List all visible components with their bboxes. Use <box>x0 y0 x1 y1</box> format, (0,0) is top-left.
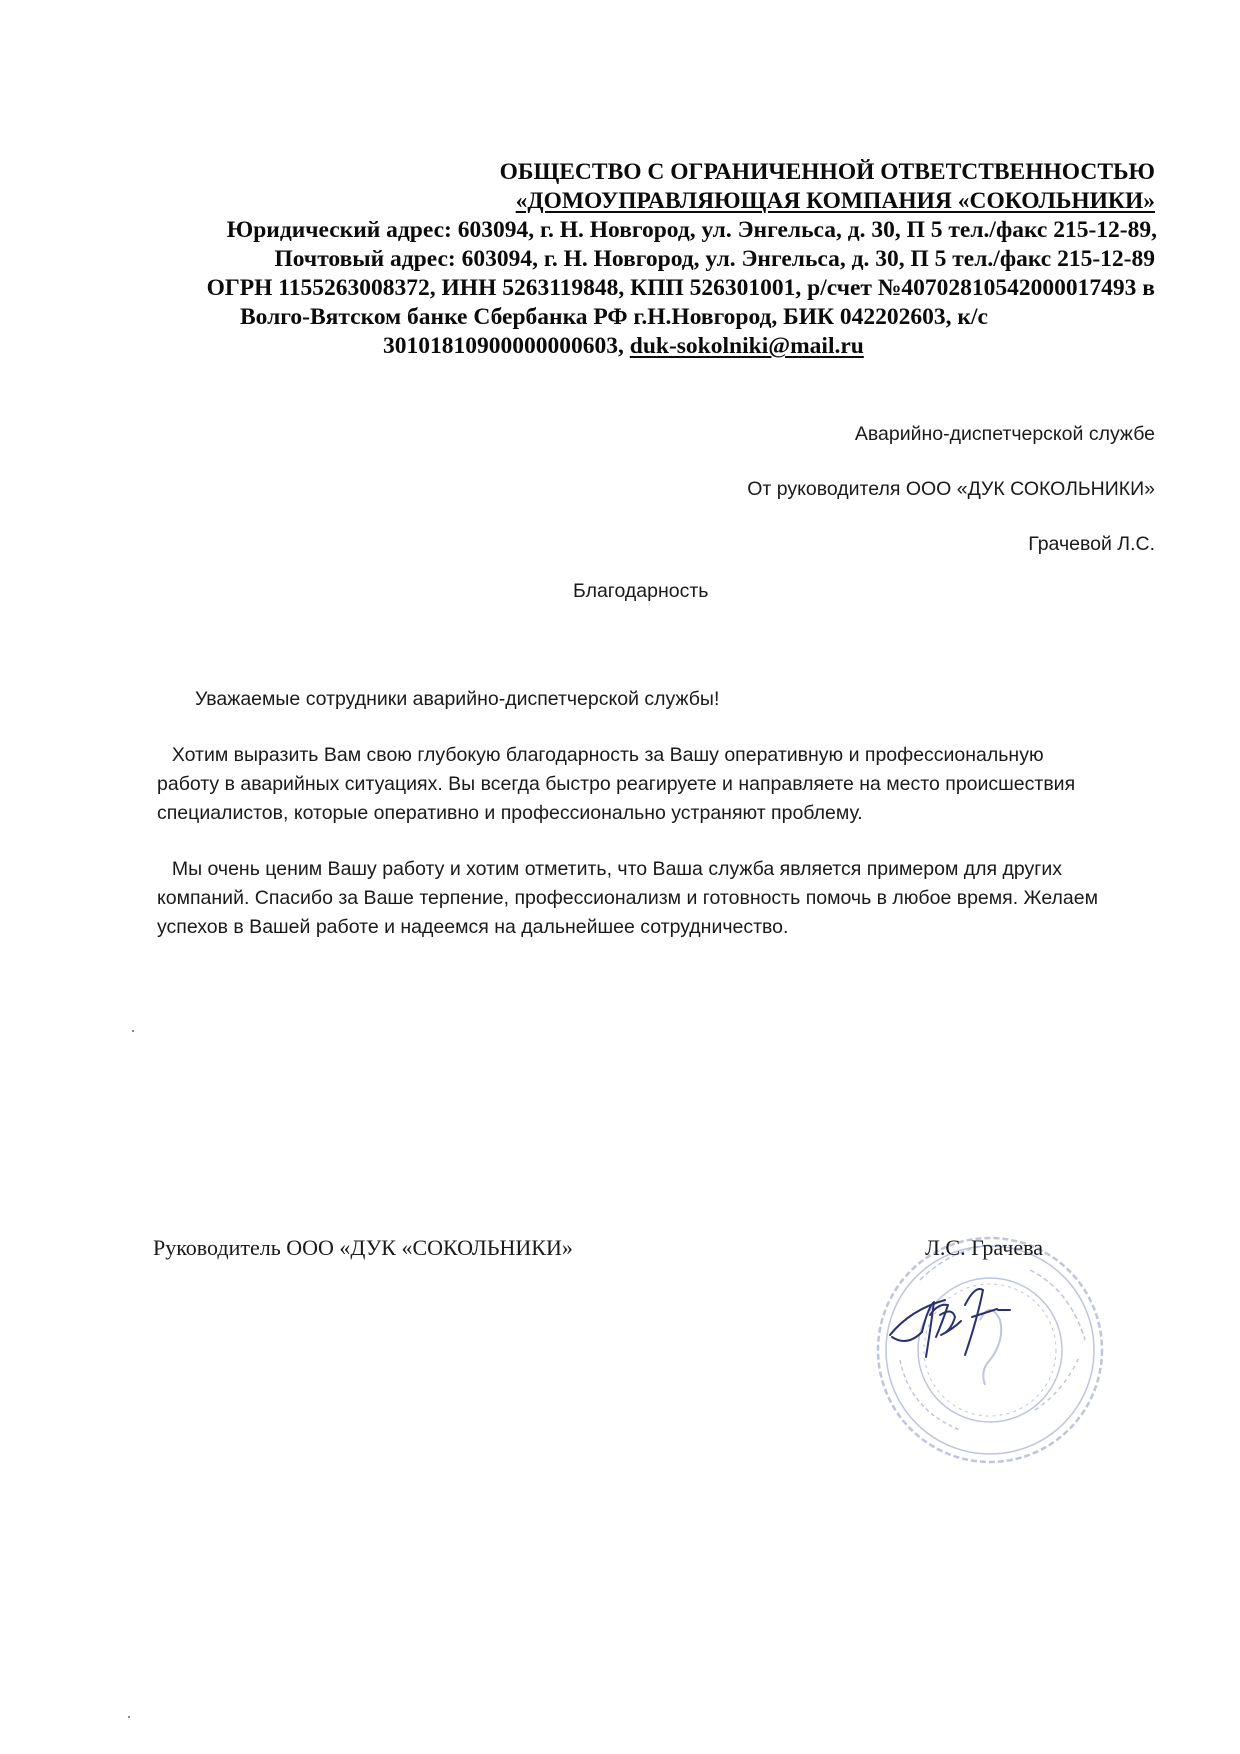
paragraph-2-line: успехов в Вашей работе и надеемся на дал… <box>157 913 1157 942</box>
addressee-to: Аварийно-диспетчерской службе <box>747 422 1155 446</box>
email-link[interactable]: duk-sokolniki@mail.ru <box>630 333 864 359</box>
paragraph-1-line: Хотим выразить Вам свою глубокую благода… <box>157 741 1157 770</box>
correspondent-account: 30101810900000000603, <box>383 333 624 359</box>
letter-page: ОБЩЕСТВО С ОГРАНИЧЕННОЙ ОТВЕТСТВЕННОСТЬЮ… <box>0 0 1240 1754</box>
salutation: Уважаемые сотрудники аварийно-диспетчерс… <box>195 688 719 711</box>
paragraph-2: Мы очень ценим Вашу работу и хотим отмет… <box>157 855 1157 942</box>
addressee-from: От руководителя ООО «ДУК СОКОЛЬНИКИ» <box>747 477 1155 501</box>
letterhead: ОБЩЕСТВО С ОГРАНИЧЕННОЙ ОТВЕТСТВЕННОСТЬЮ… <box>120 158 1160 361</box>
signatory-position: Руководитель ООО «ДУК «СОКОЛЬНИКИ» <box>153 1235 573 1261</box>
handwritten-signature-icon <box>880 1275 1080 1385</box>
paragraph-2-line: Мы очень ценим Вашу работу и хотим отмет… <box>157 855 1157 884</box>
scan-speck <box>128 1716 130 1718</box>
signatory-name: Л.С. Грачева <box>925 1235 1043 1261</box>
paragraph-1-line: работу в аварийных ситуациях. Вы всегда … <box>157 770 1157 799</box>
scan-speck <box>132 1030 134 1032</box>
paragraph-1-line: специалистов, которые оперативно и профе… <box>157 799 1157 828</box>
requisites-line-1: ОГРН 1155263008372, ИНН 5263119848, КПП … <box>120 274 1160 303</box>
legal-address: Юридический адрес: 603094, г. Н. Новгоро… <box>120 216 1160 245</box>
document-title: Благодарность <box>573 580 708 603</box>
addressee-block: Аварийно-диспетчерской службе От руковод… <box>747 422 1155 587</box>
org-name: «ДОМОУПРАВЛЯЮЩАЯ КОМПАНИЯ «СОКОЛЬНИКИ» <box>516 188 1155 214</box>
requisites-line-2: Волго-Вятском банке Сбербанка РФ г.Н.Нов… <box>120 303 1160 332</box>
addressee-from-name: Грачевой Л.С. <box>747 532 1155 556</box>
postal-address: Почтовый адрес: 603094, г. Н. Новгород, … <box>120 245 1160 274</box>
paragraph-2-line: компаний. Спасибо за Ваше терпение, проф… <box>157 884 1157 913</box>
org-type: ОБЩЕСТВО С ОГРАНИЧЕННОЙ ОТВЕТСТВЕННОСТЬЮ <box>120 158 1160 187</box>
paragraph-1: Хотим выразить Вам свою глубокую благода… <box>157 741 1157 828</box>
